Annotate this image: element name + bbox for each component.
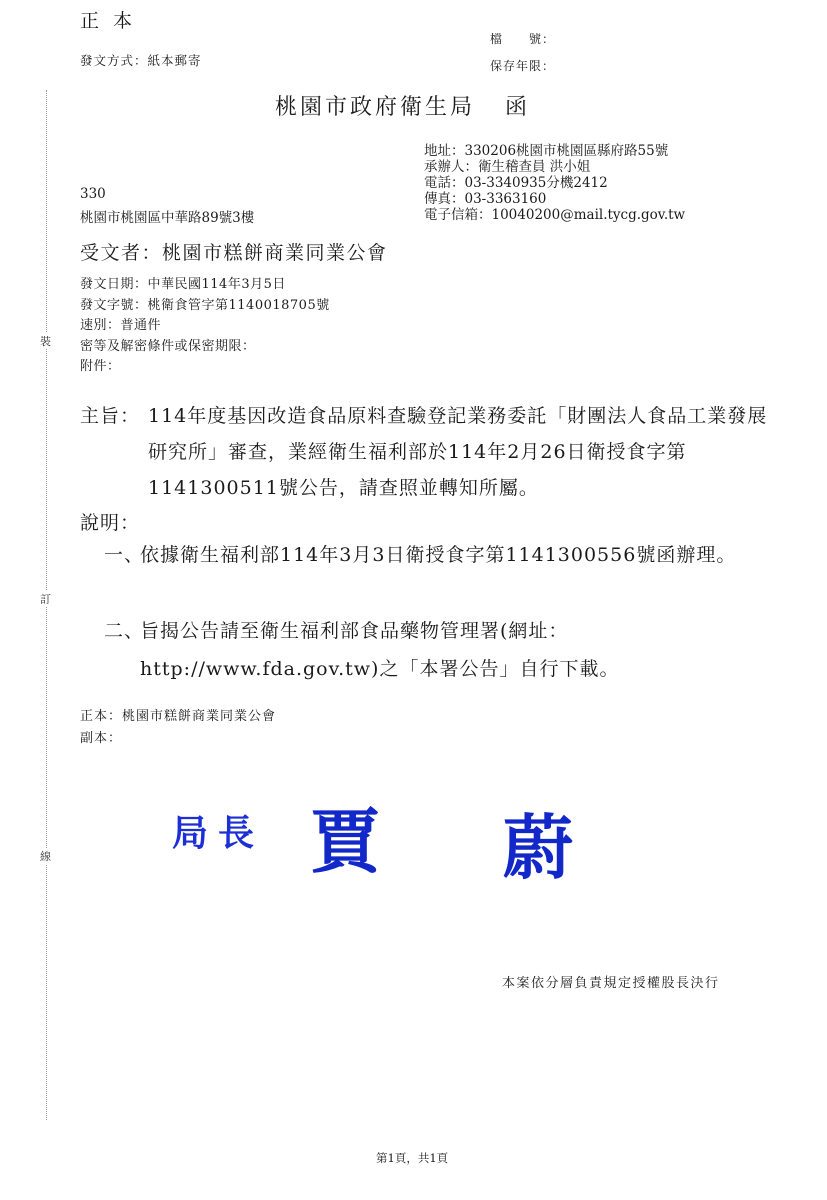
- explanation-item-number: 二、: [104, 612, 144, 650]
- page-number: 第1頁，共1頁: [376, 1150, 448, 1166]
- recipient-address: 桃園市桃園區中華路89號3樓: [80, 206, 254, 226]
- sender-phone: 電話：03-3340935分機2412: [424, 175, 685, 191]
- file-number-label-b: 號：: [529, 32, 555, 46]
- recipient-zip: 330: [80, 186, 106, 202]
- explanation-item: 一、 依據衛生福利部114年3月3日衛授食字第1141300556號函辦理。: [104, 536, 784, 574]
- sender-fax: 傳真：03-3363160: [424, 191, 685, 207]
- subject-label: 主旨：: [80, 398, 140, 434]
- subject: 主旨： 114年度基因改造食品原料查驗登記業務委託「財團法人食品工業發展研究所」…: [80, 398, 780, 506]
- recipient: 受文者：桃園市糕餅商業同業公會: [80, 238, 388, 265]
- copy-type: 正本: [80, 6, 146, 33]
- document-number: 發文字號：桃衛食管字第1140018705號: [80, 296, 330, 317]
- explanation-item-number: 一、: [104, 536, 144, 574]
- signature-title: 局長: [172, 805, 264, 856]
- document-type: 函: [505, 95, 530, 120]
- sender-handler: 承辦人：衛生稽查員 洪小姐: [424, 159, 685, 175]
- file-number-label: 檔號：: [490, 30, 555, 47]
- delegation-note: 本案依分層負責規定授權股長決行: [502, 972, 720, 991]
- file-number-label-a: 檔: [490, 32, 503, 46]
- subject-text: 114年度基因改造食品原料查驗登記業務委託「財團法人食品工業發展研究所」審查，業…: [148, 398, 780, 506]
- explanation-item-text: 旨揭公告請至衛生福利部食品藥物管理署(網址：http://www.fda.gov…: [140, 612, 784, 688]
- send-method: 發文方式：紙本郵寄: [80, 51, 202, 69]
- document-meta: 發文日期：中華民國114年3月5日 發文字號：桃衛食管字第1140018705號…: [80, 275, 330, 378]
- explanation-label: 說明：: [80, 508, 140, 535]
- delivery-speed: 速別：普通件: [80, 316, 330, 337]
- document-title: 桃園市政府衛生局函: [275, 90, 530, 121]
- retention-label: 保存年限：: [490, 57, 555, 74]
- agency-name: 桃園市政府衛生局: [275, 95, 475, 120]
- original-recipient: 正本：桃園市糕餅商業同業公會: [80, 705, 276, 724]
- copy-recipient: 副本：: [80, 727, 122, 746]
- attachment: 附件：: [80, 357, 330, 378]
- binding-mark-zhuang: 裝: [40, 333, 51, 349]
- security-level: 密等及解密條件或保密期限：: [80, 337, 330, 358]
- binding-mark-xian: 線: [40, 848, 51, 864]
- signature-surname: 賈: [310, 786, 380, 887]
- sender-info: 地址：330206桃園市桃園區縣府路55號 承辦人：衛生稽查員 洪小姐 電話：0…: [424, 143, 685, 223]
- binding-mark-ding: 訂: [40, 591, 51, 607]
- issue-date: 發文日期：中華民國114年3月5日: [80, 275, 330, 296]
- explanation-item-text: 依據衛生福利部114年3月3日衛授食字第1141300556號函辦理。: [140, 536, 784, 574]
- explanation-item: 二、 旨揭公告請至衛生福利部食品藥物管理署(網址：http://www.fda.…: [104, 612, 784, 688]
- signature-given-name: 蔚: [503, 792, 573, 893]
- sender-email: 電子信箱：10040200@mail.tycg.gov.tw: [424, 207, 685, 223]
- sender-address: 地址：330206桃園市桃園區縣府路55號: [424, 143, 685, 159]
